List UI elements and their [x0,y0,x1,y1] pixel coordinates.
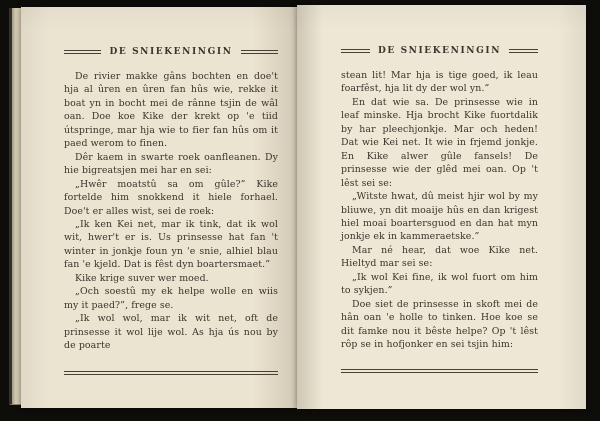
paragraph: Doe siet de prinsesse in skoft mei de hâ… [341,298,538,352]
paragraph: Kike krige suver wer moed. [64,272,278,285]
right-page-header: DE SNIEKENINGIN [341,46,538,56]
header-rule-left [64,50,101,54]
paragraph: stean lit! Mar hja is tige goed, ik leau… [341,69,538,96]
paragraph: „Witste hwat, dû meist hjir wol by my bl… [341,190,538,244]
paragraph: „Ik ken Kei net, mar ik tink, dat ik wol… [64,218,278,272]
left-page: DE SNIEKENINGIN De rivier makke gâns boc… [21,7,297,408]
paragraph: Mar né hear, dat woe Kike net. Hieltyd m… [341,244,538,271]
header-rule-left [341,49,370,53]
paragraph: „Hwêr moatstû sa om gûle?” Kike fortelde… [64,178,278,218]
header-rule-right [509,49,538,53]
right-page: DE SNIEKENINGIN stean lit! Mar hja is ti… [297,5,586,409]
running-title: DE SNIEKENINGIN [101,47,240,57]
page-edge-stack [9,8,21,405]
paragraph: Dêr kaem in swarte roek oanfleanen. Dy h… [64,151,278,178]
right-page-content: DE SNIEKENINGIN stean lit! Mar hja is ti… [341,46,538,373]
paragraph: „Och soestû my ek helpe wolle en wiis my… [64,285,278,312]
open-book: DE SNIEKENINGIN De rivier makke gâns boc… [9,5,586,409]
header-rule-right [241,50,278,54]
footer-rule [64,371,278,375]
left-page-body: De rivier makke gâns bochten en doe't hj… [64,70,278,353]
book-photo-background: DE SNIEKENINGIN De rivier makke gâns boc… [0,0,600,421]
running-title: DE SNIEKENINGIN [370,46,509,56]
right-page-body: stean lit! Mar hja is tige goed, ik leau… [341,69,538,352]
left-page-header: DE SNIEKENINGIN [64,47,278,57]
footer-rule [341,369,538,373]
paragraph: „Ik wol Kei fine, ik wol fuort om him to… [341,271,538,298]
paragraph: „Ik wol wol, mar ik wit net, oft de prin… [64,312,278,352]
paragraph: En dat wie sa. De prinsesse wie in leaf … [341,96,538,190]
paragraph: De rivier makke gâns bochten en doe't hj… [64,70,278,151]
left-page-content: DE SNIEKENINGIN De rivier makke gâns boc… [64,47,278,375]
